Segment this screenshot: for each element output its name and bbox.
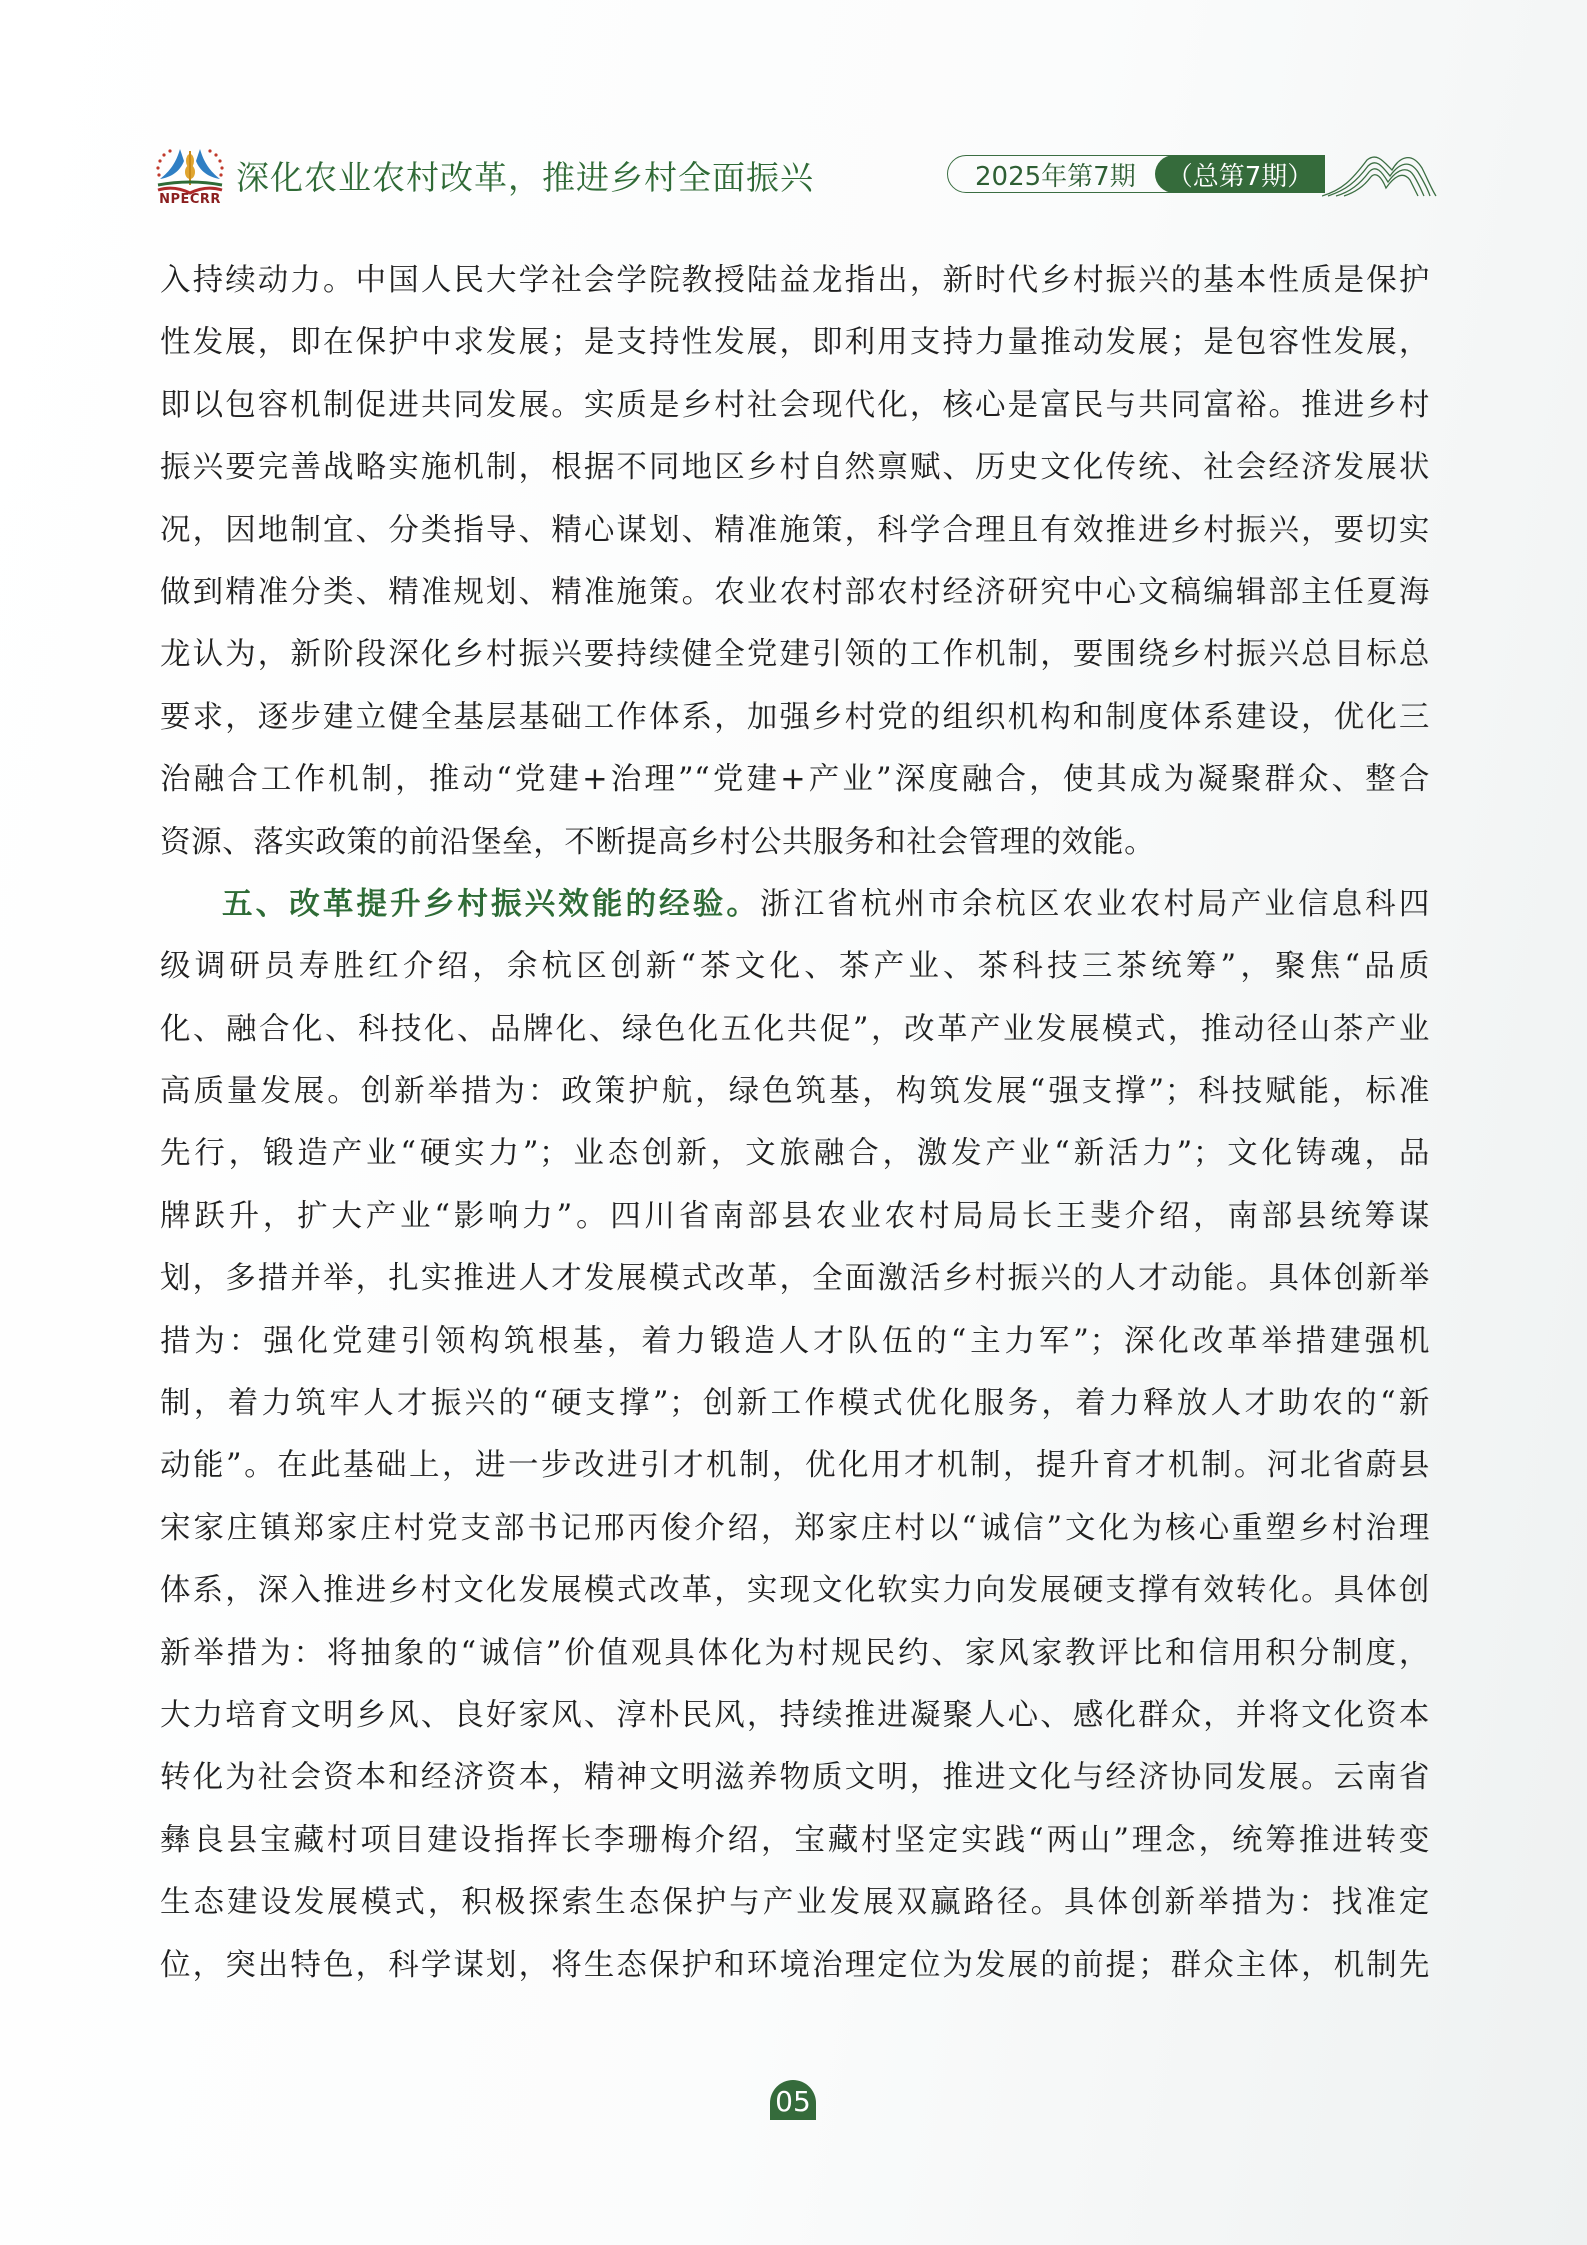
text-line: 要求，逐步建立健全基层基础工作体系，加强乡村党的组织机构和制度体系建设，优化三 <box>160 687 1430 749</box>
text-line: 彝良县宝藏村项目建设指挥长李珊梅介绍，宝藏村坚定实践“两山”理念，统筹推进转变 <box>160 1810 1430 1872</box>
text-line: 资源、落实政策的前沿堡垒，不断提高乡村公共服务和社会管理的效能。 <box>160 812 1430 874</box>
text-line: 措为：强化党建引领构筑根基，着力锻造人才队伍的“主力军”；深化改革举措建强机 <box>160 1311 1430 1373</box>
text-line-rest: 浙江省杭州市余杭区农业农村局产业信息科四 <box>760 887 1430 922</box>
text-line: 治融合工作机制，推动“党建+治理”“党建+产业”深度融合，使其成为凝聚群众、整合 <box>160 749 1430 811</box>
text-line: 况，因地制宜、分类指导、精心谋划、精准施策，科学合理且有效推进乡村振兴，要切实 <box>160 500 1430 562</box>
text-line: 做到精准分类、精准规划、精准施策。农业农村部农村经济研究中心文稿编辑部主任夏海 <box>160 562 1430 624</box>
article-body: 入持续动力。中国人民大学社会学院教授陆益龙指出，新时代乡村振兴的基本性质是保护 … <box>160 250 1430 1997</box>
text-line: 入持续动力。中国人民大学社会学院教授陆益龙指出，新时代乡村振兴的基本性质是保护 <box>160 250 1430 312</box>
text-line: 体系，深入推进乡村文化发展模式改革，实现文化软实力向发展硬支撑有效转化。具体创 <box>160 1560 1430 1622</box>
text-line: 即以包容机制促进共同发展。实质是乡村社会现代化，核心是富民与共同富裕。推进乡村 <box>160 375 1430 437</box>
text-line: 级调研员寿胜红介绍，余杭区创新“茶文化、茶产业、茶科技三茶统筹”，聚焦“品质 <box>160 936 1430 998</box>
section-heading-line: 五、改革提升乡村振兴效能的经验。浙江省杭州市余杭区农业农村局产业信息科四 <box>160 874 1430 936</box>
text-line: 高质量发展。创新举措为：政策护航，绿色筑基，构筑发展“强支撑”；科技赋能，标准 <box>160 1061 1430 1123</box>
page-number: 05 <box>770 2080 816 2120</box>
text-line: 位，突出特色，科学谋划，将生态保护和环境治理定位为发展的前提；群众主体，机制先 <box>160 1935 1430 1997</box>
mountain-decoration-icon <box>1322 150 1442 200</box>
text-line: 动能”。在此基础上，进一步改进引才机制，优化用才机制，提升育才机制。河北省蔚县 <box>160 1435 1430 1497</box>
text-line: 化、融合化、科技化、品牌化、绿色化五化共促”，改革产业发展模式，推动径山茶产业 <box>160 999 1430 1061</box>
text-line: 宋家庄镇郑家庄村党支部书记邢丙俊介绍，郑家庄村以“诚信”文化为核心重塑乡村治理 <box>160 1498 1430 1560</box>
page-header: NPECRR 深化农业农村改革，推进乡村全面振兴 2025年第7期 （总第7期） <box>0 0 1587 230</box>
publication-title: 深化农业农村改革，推进乡村全面振兴 <box>236 152 814 199</box>
text-line: 龙认为，新阶段深化乡村振兴要持续健全党建引领的工作机制，要围绕乡村振兴总目标总 <box>160 624 1430 686</box>
text-line: 转化为社会资本和经济资本，精神文明滋养物质文明，推进文化与经济协同发展。云南省 <box>160 1747 1430 1809</box>
logo-text: NPECRR <box>150 192 230 207</box>
text-line: 划，多措并举，扎实推进人才发展模式改革，全面激活乡村振兴的人才动能。具体创新举 <box>160 1248 1430 1310</box>
issue-total-number: （总第7期） <box>1155 155 1325 193</box>
text-line: 新举措为：将抽象的“诚信”价值观具体化为村规民约、家风家教评比和信用积分制度， <box>160 1623 1430 1685</box>
text-line: 振兴要完善战略实施机制，根据不同地区乡村自然禀赋、历史文化传统、社会经济发展状 <box>160 437 1430 499</box>
text-line: 生态建设发展模式，积极探索生态保护与产业发展双赢路径。具体创新举措为：找准定 <box>160 1872 1430 1934</box>
text-line: 性发展，即在保护中求发展；是支持性发展，即利用支持力量推动发展；是包容性发展， <box>160 312 1430 374</box>
text-line: 大力培育文明乡风、良好家风、淳朴民风，持续推进凝聚人心、感化群众，并将文化资本 <box>160 1685 1430 1747</box>
text-line: 先行，锻造产业“硬实力”；业态创新，文旅融合，激发产业“新活力”；文化铸魂，品 <box>160 1123 1430 1185</box>
text-line: 制，着力筑牢人才振兴的“硬支撑”；创新工作模式优化服务，着力释放人才助农的“新 <box>160 1373 1430 1435</box>
issue-number: 2025年第7期 <box>975 156 1136 193</box>
section-heading: 五、改革提升乡村振兴效能的经验。 <box>222 887 760 922</box>
text-line: 牌跃升，扩大产业“影响力”。四川省南部县农业农村局局长王斐介绍，南部县统筹谋 <box>160 1186 1430 1248</box>
